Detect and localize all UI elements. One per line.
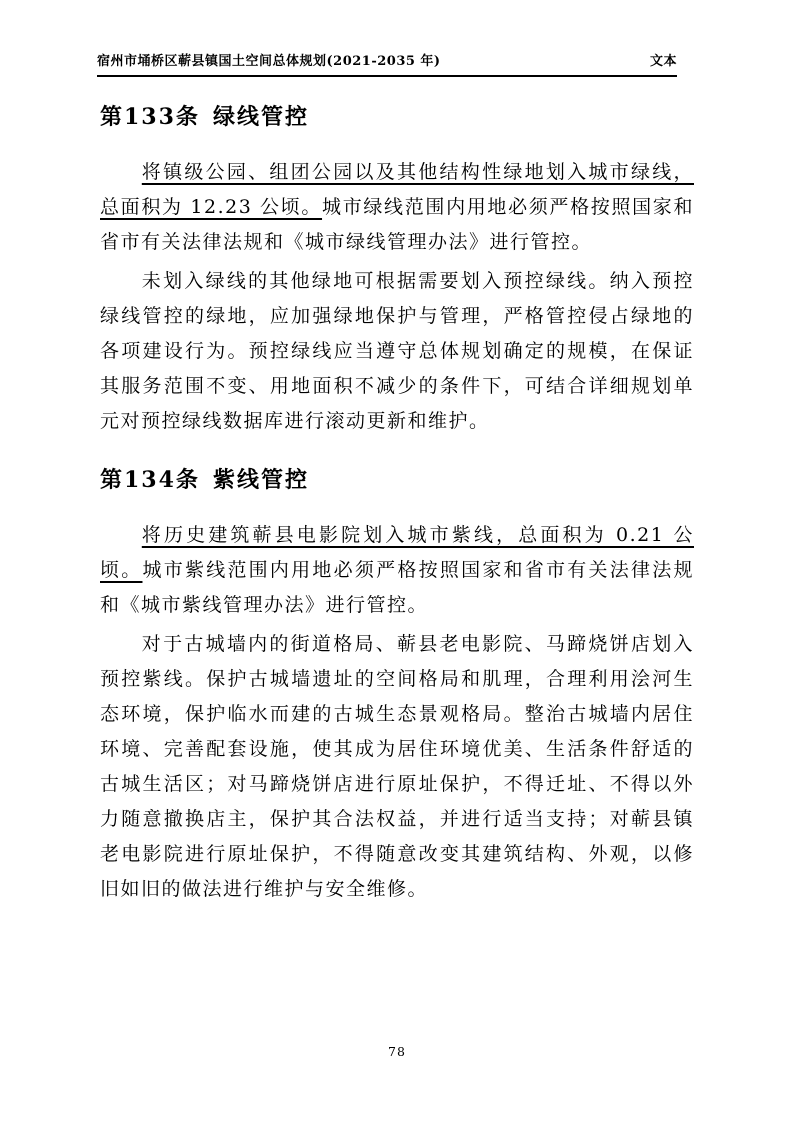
page-footer: 78 bbox=[0, 1044, 794, 1059]
document-content: 第133条绿线管控 将镇级公园、组团公园以及其他结构性绿地划入城市绿线，总面积为… bbox=[100, 76, 694, 907]
header-document-title: 宿州市埇桥区蕲县镇国土空间总体规划(2021-2035 年) bbox=[97, 50, 441, 69]
paragraph-text: 城市紫线范围内用地必须严格按照国家和省市有关法律法规和《城市紫线管理办法》进行管… bbox=[100, 559, 694, 616]
article-title: 绿线管控 bbox=[213, 104, 309, 130]
article-number: 第134条 bbox=[100, 467, 200, 493]
article-number: 第133条 bbox=[100, 104, 200, 130]
article-title: 紫线管控 bbox=[213, 467, 309, 493]
page-header: 宿州市埇桥区蕲县镇国土空间总体规划(2021-2035 年) 文本 bbox=[97, 50, 677, 77]
paragraph: 将历史建筑蕲县电影院划入城市紫线，总面积为 0.21 公顷。城市紫线范围内用地必… bbox=[100, 518, 694, 623]
paragraph: 未划入绿线的其他绿地可根据需要划入预控绿线。纳入预控绿线管控的绿地，应加强绿地保… bbox=[100, 264, 694, 439]
document-page: 宿州市埇桥区蕲县镇国土空间总体规划(2021-2035 年) 文本 第133条绿… bbox=[0, 0, 794, 1123]
article-heading-134: 第134条紫线管控 bbox=[100, 466, 694, 494]
page-number: 78 bbox=[388, 1044, 406, 1059]
article-heading-133: 第133条绿线管控 bbox=[100, 103, 694, 131]
paragraph: 对于古城墙内的街道格局、蕲县老电影院、马蹄烧饼店划入预控紫线。保护古城墙遗址的空… bbox=[100, 627, 694, 907]
paragraph: 将镇级公园、组团公园以及其他结构性绿地划入城市绿线，总面积为 12.23 公顷。… bbox=[100, 155, 694, 260]
header-doc-type-label: 文本 bbox=[650, 50, 677, 69]
